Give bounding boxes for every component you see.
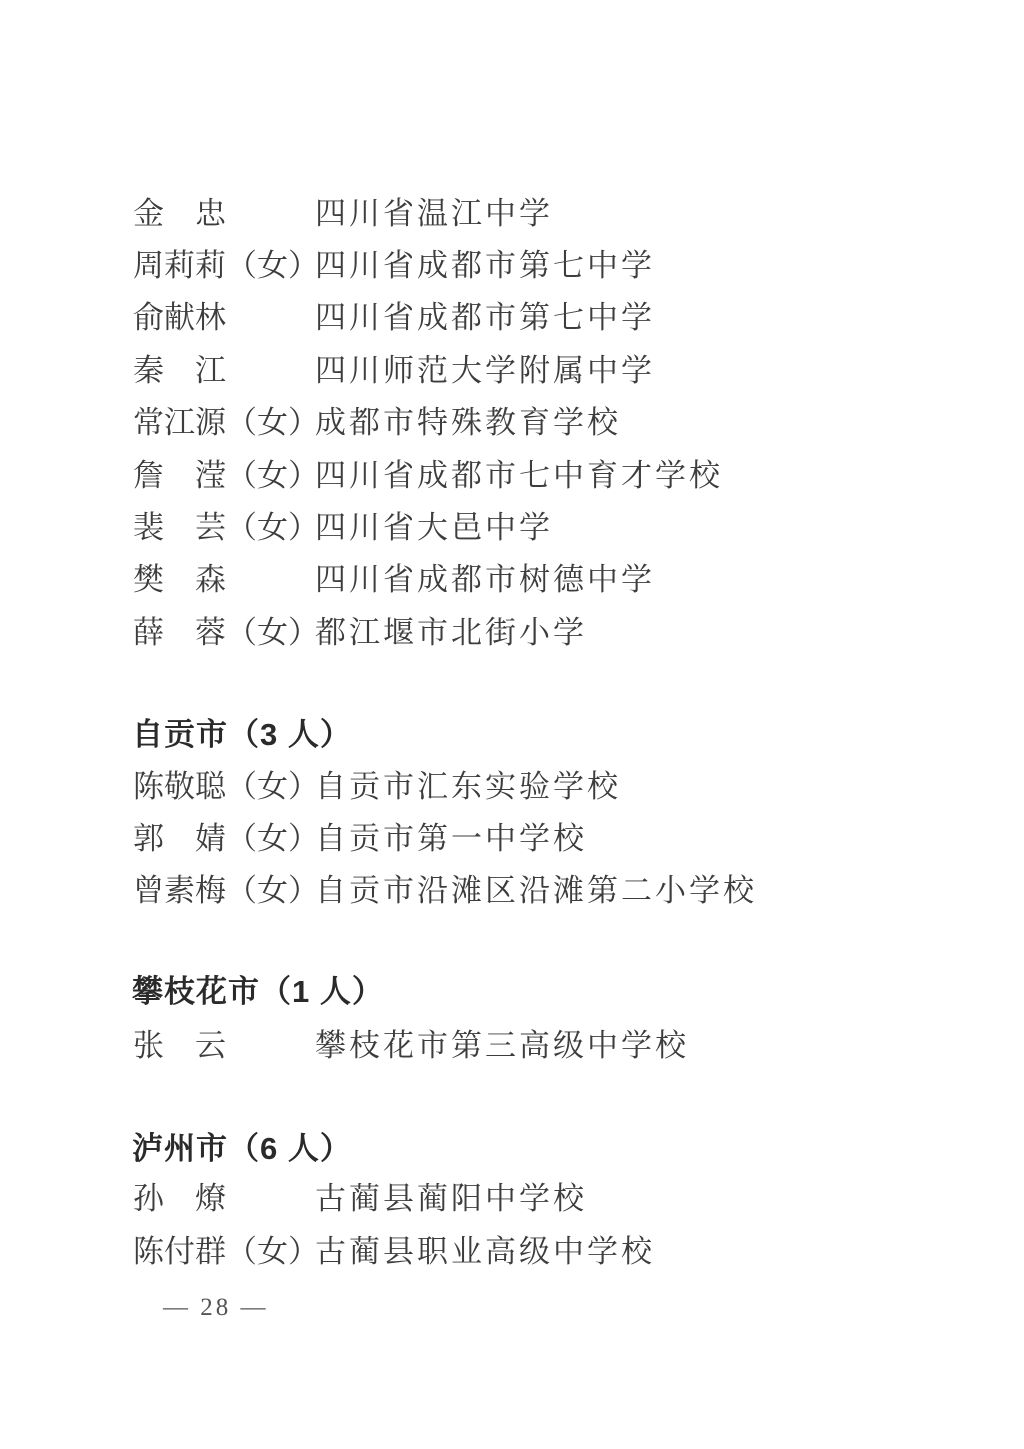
person-name: 孙 燎 (133, 1181, 315, 1217)
school-name: 古蔺县职业高级中学校 (315, 1234, 655, 1270)
person-row: 孙 燎古蔺县蔺阳中学校 (133, 1181, 587, 1217)
person-row: 詹 滢（女）四川省成都市七中育才学校 (133, 458, 723, 494)
person-name: 常江源（女） (133, 405, 315, 441)
person-row: 陈敬聪（女）自贡市汇东实验学校 (133, 769, 621, 805)
section-header-luzhou: 泸州市（6 人） (132, 1130, 352, 1167)
school-name: 古蔺县蔺阳中学校 (315, 1181, 587, 1217)
person-row: 曾素梅（女）自贡市沿滩区沿滩第二小学校 (133, 873, 757, 909)
school-name: 四川省成都市第七中学 (315, 300, 655, 336)
person-row: 俞献林四川省成都市第七中学 (133, 300, 655, 336)
person-name: 薛 蓉（女） (133, 615, 315, 651)
person-row: 郭 婧（女）自贡市第一中学校 (133, 821, 587, 857)
school-name: 四川省大邑中学 (315, 510, 553, 546)
section-header-panzhihua: 攀枝花市（1 人） (132, 973, 384, 1010)
person-name: 周莉莉（女） (133, 248, 315, 284)
person-row: 裴 芸（女）四川省大邑中学 (133, 510, 553, 546)
page-number: — 28 — (163, 1294, 269, 1322)
person-row: 秦 江四川师范大学附属中学 (133, 353, 655, 389)
school-name: 都江堰市北街小学 (315, 615, 587, 651)
person-row: 常江源（女）成都市特殊教育学校 (133, 405, 621, 441)
person-name: 陈敬聪（女） (133, 769, 315, 805)
section-header-zigong: 自贡市（3 人） (132, 716, 352, 753)
school-name: 四川师范大学附属中学 (315, 353, 655, 389)
person-name: 陈付群（女） (133, 1234, 315, 1270)
person-name: 詹 滢（女） (133, 458, 315, 494)
document-page: 金 忠四川省温江中学 周莉莉（女）四川省成都市第七中学 俞献林四川省成都市第七中… (0, 0, 1024, 1449)
person-row: 薛 蓉（女）都江堰市北街小学 (133, 615, 587, 651)
person-name: 樊 森 (133, 562, 315, 598)
school-name: 成都市特殊教育学校 (315, 405, 621, 441)
person-name: 金 忠 (133, 196, 315, 232)
school-name: 四川省成都市树德中学 (315, 562, 655, 598)
school-name: 四川省成都市第七中学 (315, 248, 655, 284)
person-row: 陈付群（女）古蔺县职业高级中学校 (133, 1234, 655, 1270)
person-row: 周莉莉（女）四川省成都市第七中学 (133, 248, 655, 284)
person-row: 樊 森四川省成都市树德中学 (133, 562, 655, 598)
person-name: 郭 婧（女） (133, 821, 315, 857)
person-name: 裴 芸（女） (133, 510, 315, 546)
school-name: 自贡市沿滩区沿滩第二小学校 (315, 873, 757, 909)
school-name: 四川省温江中学 (315, 196, 553, 232)
school-name: 攀枝花市第三高级中学校 (315, 1028, 689, 1064)
person-name: 曾素梅（女） (133, 873, 315, 909)
person-row: 金 忠四川省温江中学 (133, 196, 553, 232)
person-name: 俞献林 (133, 300, 315, 336)
person-name: 张 云 (133, 1028, 315, 1064)
person-row: 张 云攀枝花市第三高级中学校 (133, 1028, 689, 1064)
person-name: 秦 江 (133, 353, 315, 389)
school-name: 自贡市汇东实验学校 (315, 769, 621, 805)
school-name: 四川省成都市七中育才学校 (315, 458, 723, 494)
school-name: 自贡市第一中学校 (315, 821, 587, 857)
